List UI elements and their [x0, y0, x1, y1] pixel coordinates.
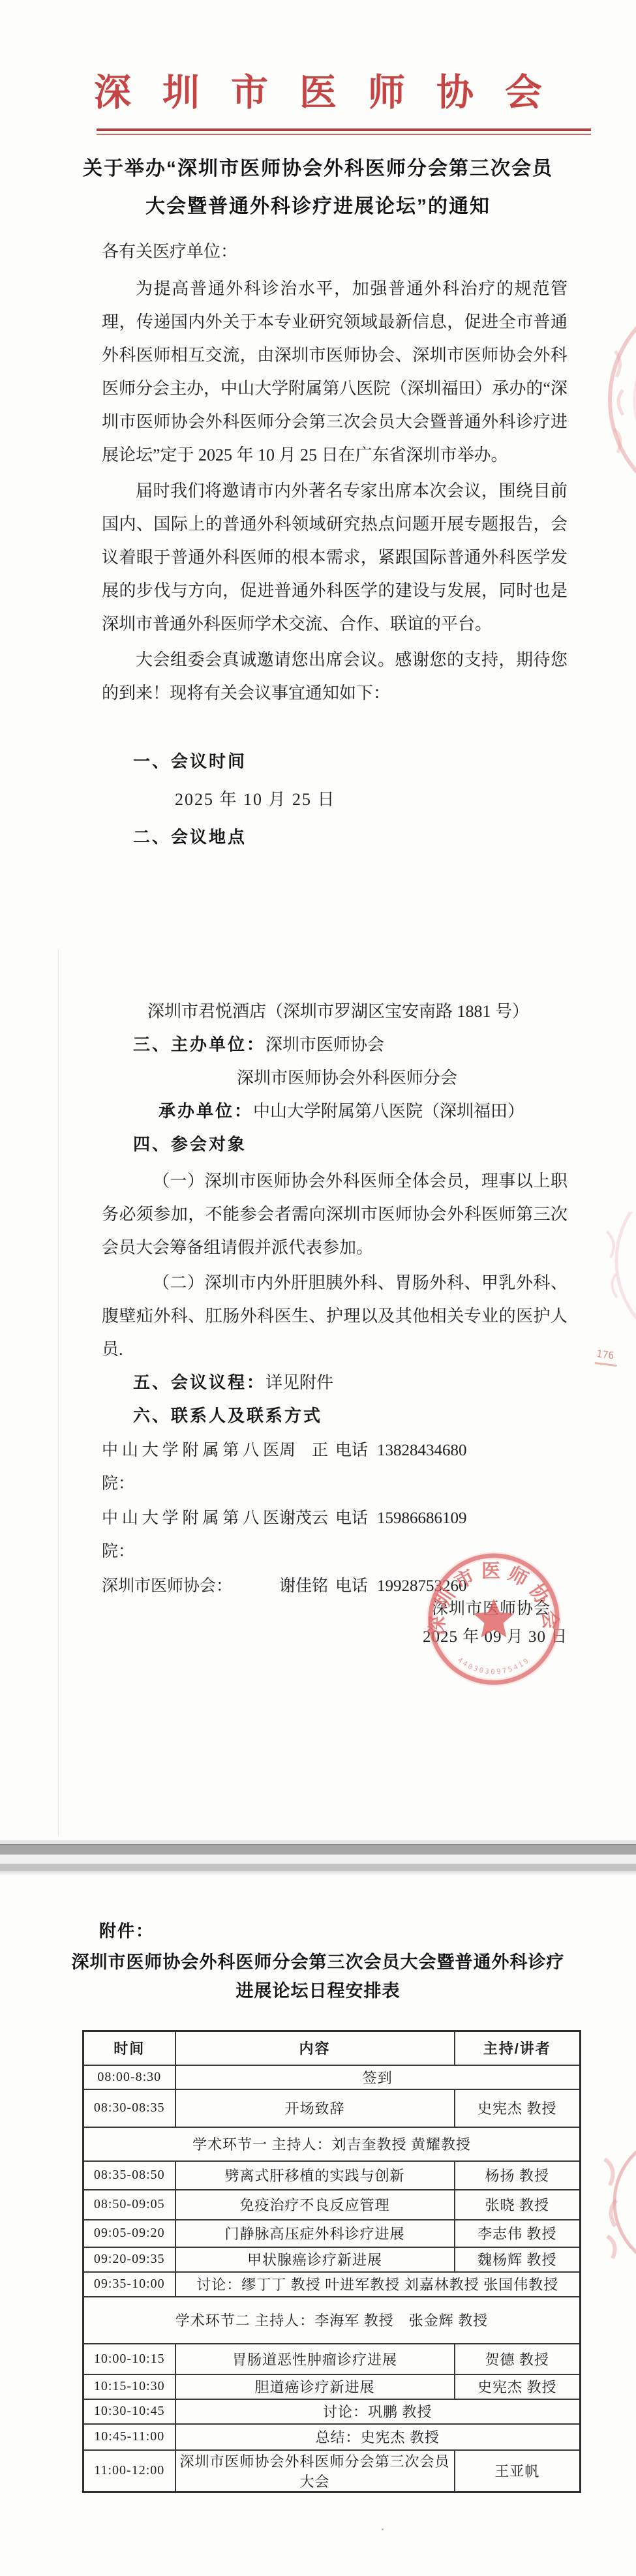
- cell-content: 总结：史宪杰 教授: [175, 2424, 581, 2450]
- contact-phone-label: 电话: [335, 1569, 368, 1603]
- paragraph-3: 大会组委会真诚邀请您出席会议。感谢您的支持，期待您的到来！现将有关会议事宜通知如…: [102, 643, 568, 710]
- header-content: 内容: [175, 2031, 455, 2065]
- contact-unit: 中山大学附属第八医院：: [102, 1502, 279, 1568]
- contact-row-1: 中山大学附属第八医院： 周 正 电话 13828434680: [102, 1434, 568, 1500]
- salutation: 各有关医疗单位：: [102, 235, 568, 268]
- table-row: 10:15-10:30 胆道癌诊疗新进展 史宪杰 教授: [83, 2374, 581, 2399]
- attachment-title-line1: 深圳市医师协会外科医师分会第三次会员大会暨普通外科诊疗: [0, 1948, 636, 1977]
- letterhead-rule-thin: [97, 134, 591, 135]
- cell-content: 门静脉高压症外科诊疗进展: [175, 2220, 455, 2247]
- table-row: 09:35-10:00 讨论：缪丁丁 教授 叶进军教授 刘嘉林教授 张国伟教授: [83, 2272, 581, 2297]
- attachment-title-line2: 进展论坛日程安排表: [0, 1977, 636, 2005]
- table-section-row: 学术环节一 主持人：刘吉奎教授 黄耀教授: [83, 2127, 581, 2161]
- cell-content: 签到: [175, 2065, 581, 2089]
- contact-name: 周 正: [279, 1434, 335, 1500]
- letterhead-org-title: 深圳市医师协会: [0, 63, 636, 116]
- notice-body: 各有关医疗单位： 为提高普通外科诊治水平，加强普通外科治疗的规范管理，传递国内外…: [102, 235, 568, 710]
- scan-speck: [382, 2528, 384, 2530]
- cell-section: 学术环节二 主持人：李海军 教授 张金辉 教授: [83, 2297, 581, 2344]
- cell-speaker: 贺德 教授: [455, 2344, 581, 2374]
- table-row: 10:45-11:00 总结：史宪杰 教授: [83, 2424, 581, 2450]
- cell-content: 讨论：巩鹏 教授: [175, 2399, 581, 2424]
- cell-content: 劈离式肝移植的实践与创新: [175, 2161, 455, 2190]
- notice-title: 关于举办“深圳市医师协会外科医师分会第三次会员 大会暨普通外科诊疗进展论坛”的通…: [0, 150, 636, 226]
- cell-content: 开场致辞: [175, 2089, 455, 2127]
- table-section-row: 学术环节二 主持人：李海军 教授 张金辉 教授: [83, 2297, 581, 2344]
- section-3-sub-label: 承办单位：: [159, 1101, 253, 1121]
- scan-edge-line: [58, 949, 59, 1836]
- table-row: 08:50-09:05 免疫治疗不良反应管理 张晓 教授: [83, 2190, 581, 2220]
- cell-section: 学术环节一 主持人：刘吉奎教授 黄耀教授: [83, 2127, 581, 2161]
- stamp-star-icon: [474, 1599, 515, 1637]
- stamp-bleed-artifact-2: 176: [587, 1212, 636, 1382]
- cell-speaker: 史宪杰 教授: [455, 2089, 581, 2127]
- notice-title-line2: 大会暨普通外科诊疗进展论坛”的通知: [0, 188, 636, 226]
- contact-unit: 中山大学附属第八医院：: [102, 1434, 279, 1500]
- paragraph-1: 为提高普通外科诊治水平，加强普通外科治疗的规范管理，传递国内外关于本专业研究领域…: [102, 272, 568, 472]
- section-1-value: 2025 年 10 月 25 日: [175, 783, 568, 816]
- cell-speaker: 魏杨辉 教授: [455, 2247, 581, 2272]
- cell-speaker: 李志伟 教授: [455, 2220, 581, 2247]
- cell-content: 讨论：缪丁丁 教授 叶进军教授 刘嘉林教授 张国伟教授: [175, 2272, 581, 2297]
- table-row: 08:00-8:30 签到: [83, 2065, 581, 2089]
- section-3-host2: 深圳市医师协会外科医师分会: [237, 1061, 568, 1095]
- contact-name: 谢茂云: [279, 1502, 335, 1568]
- header-time: 时间: [83, 2031, 175, 2065]
- stamp-bleed-artifact-3: [590, 2132, 636, 2279]
- table-row: 11:00-12:00 深圳市医师协会外科医师分会第三次会员大会 王亚帆: [83, 2450, 581, 2493]
- section-1-heading: 一、会议时间: [133, 745, 568, 778]
- cell-time: 10:45-11:00: [83, 2424, 175, 2450]
- cell-time: 09:35-10:00: [83, 2272, 175, 2297]
- cell-time: 09:20-09:35: [83, 2247, 175, 2272]
- attachment-title: 深圳市医师协会外科医师分会第三次会员大会暨普通外科诊疗 进展论坛日程安排表: [0, 1948, 636, 2005]
- section-3-host: 三、主办单位：深圳市医师协会: [133, 1028, 568, 1061]
- cell-content: 胃肠道恶性肿瘤诊疗进展: [175, 2344, 455, 2374]
- section-2-heading: 二、会议地点: [133, 821, 568, 854]
- official-seal-stamp: 深圳市医师协会 4403030975419: [424, 1551, 564, 1691]
- notice-sections: 一、会议时间 2025 年 10 月 25 日 二、会议地点 深圳市君悦酒店（深…: [102, 745, 568, 1603]
- section-6-heading: 六、联系人及联系方式: [133, 1399, 568, 1432]
- section-5-value: 详见附件: [265, 1373, 333, 1392]
- section-5: 五、会议议程：详见附件: [133, 1366, 568, 1399]
- letterhead-rule-thick: [97, 129, 591, 131]
- cell-time: 10:00-10:15: [83, 2344, 175, 2374]
- table-row: 10:30-10:45 讨论：巩鹏 教授: [83, 2399, 581, 2424]
- table-header-row: 时间 内容 主持/讲者: [83, 2031, 581, 2065]
- cell-content: 深圳市医师协会外科医师分会第三次会员大会: [175, 2450, 455, 2493]
- table-row: 08:35-08:50 劈离式肝移植的实践与创新 杨扬 教授: [83, 2161, 581, 2190]
- section-3-label: 三、主办单位：: [133, 1035, 265, 1054]
- cell-time: 08:50-09:05: [83, 2190, 175, 2220]
- cell-time: 10:30-10:45: [83, 2399, 175, 2424]
- cell-time: 08:00-8:30: [83, 2065, 175, 2089]
- notice-title-line1: 关于举办“深圳市医师协会外科医师分会第三次会员: [0, 150, 636, 188]
- cell-content: 胆道癌诊疗新进展: [175, 2374, 455, 2399]
- section-4-heading: 四、参会对象: [133, 1128, 568, 1161]
- cell-time: 08:30-08:35: [83, 2089, 175, 2127]
- cell-time: 10:15-10:30: [83, 2374, 175, 2399]
- section-4-item1: （一）深圳市医师协会外科医师全体会员，理事以上职务必须参加，不能参会者需向深圳市…: [102, 1164, 568, 1264]
- section-3-organizer: 承办单位：中山大学附属第八医院（深圳福田）: [159, 1095, 568, 1128]
- paragraph-2: 届时我们将邀请市内外著名专家出席本次会议，围绕目前国内、国际上的普通外科领域研究…: [102, 474, 568, 641]
- page-separator-band: [0, 1844, 636, 1855]
- section-3-value: 深圳市医师协会: [265, 1035, 384, 1054]
- attachment-label: 附件：: [99, 1918, 154, 1942]
- contact-phone: 13828434680: [377, 1434, 467, 1500]
- page-separator-fade: [0, 1871, 636, 1876]
- contact-phone-label: 电话: [335, 1434, 368, 1500]
- cell-time: 09:05-09:20: [83, 2220, 175, 2247]
- cell-time: 11:00-12:00: [83, 2450, 175, 2493]
- table-row: 10:00-10:15 胃肠道恶性肿瘤诊疗进展 贺德 教授: [83, 2344, 581, 2374]
- section-2-value: 深圳市君悦酒店（深圳市罗湖区宝安南路 1881 号）: [147, 995, 568, 1028]
- table-row: 09:05-09:20 门静脉高压症外科诊疗进展 李志伟 教授: [83, 2220, 581, 2247]
- svg-text:176: 176: [596, 1348, 615, 1361]
- stamp-bleed-artifact-1: [589, 312, 636, 488]
- section-5-label: 五、会议议程：: [133, 1372, 265, 1392]
- contact-name: 谢佳铭: [279, 1569, 335, 1603]
- scanned-notice-document: 深圳市医师协会 关于举办“深圳市医师协会外科医师分会第三次会员 大会暨普通外科诊…: [0, 0, 636, 2576]
- cell-speaker: 王亚帆: [455, 2450, 581, 2493]
- cell-speaker: 杨扬 教授: [455, 2161, 581, 2190]
- table-row: 08:30-08:35 开场致辞 史宪杰 教授: [83, 2089, 581, 2127]
- page-separator-band2: [0, 1864, 636, 1871]
- section-3-sub-value: 中山大学附属第八医院（深圳福田）: [253, 1102, 524, 1121]
- contact-phone-label: 电话: [335, 1502, 368, 1568]
- cell-content: 甲状腺癌诊疗新进展: [175, 2247, 455, 2272]
- cell-time: 08:35-08:50: [83, 2161, 175, 2190]
- contact-unit: 深圳市医师协会：: [102, 1569, 279, 1603]
- page-separator-gap: [0, 1855, 636, 1864]
- table-row: 09:20-09:35 甲状腺癌诊疗新进展 魏杨辉 教授: [83, 2247, 581, 2272]
- cell-speaker: 张晓 教授: [455, 2190, 581, 2220]
- agenda-table: 时间 内容 主持/讲者 08:00-8:30 签到 08:30-08:35 开场…: [82, 2030, 581, 2493]
- section-4-item2: （二）深圳市内外肝胆胰外科、胃肠外科、甲乳外科、腹壁疝外科、肛肠外科医生、护理以…: [102, 1266, 568, 1366]
- cell-content: 免疫治疗不良反应管理: [175, 2190, 455, 2220]
- cell-speaker: 史宪杰 教授: [455, 2374, 581, 2399]
- header-speaker: 主持/讲者: [455, 2031, 581, 2065]
